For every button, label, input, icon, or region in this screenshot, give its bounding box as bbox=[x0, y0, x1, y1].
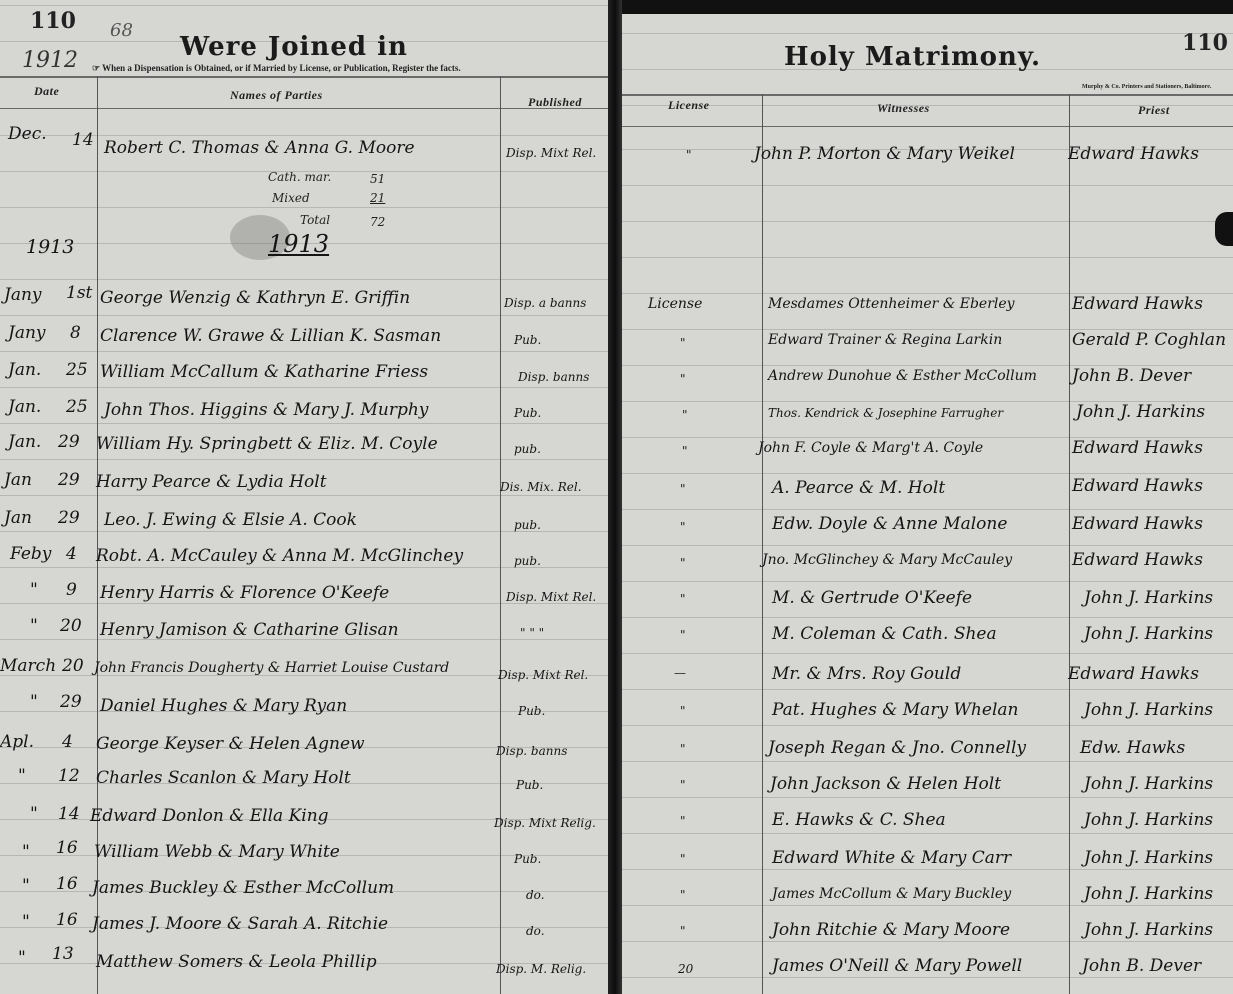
entry-license: " bbox=[680, 888, 686, 902]
entry-month: " bbox=[18, 948, 26, 968]
entry-witnesses: A. Pearce & M. Holt bbox=[772, 478, 945, 498]
page-number-right: 110 bbox=[1182, 30, 1228, 56]
entry-priest: John B. Dever bbox=[1082, 956, 1201, 976]
entry-names: Leo. J. Ewing & Elsie A. Cook bbox=[104, 510, 357, 530]
entry-day: 13 bbox=[52, 944, 74, 964]
entry-day: 29 bbox=[58, 470, 80, 490]
entry-names: George Keyser & Helen Agnew bbox=[96, 734, 365, 754]
entry-month: " bbox=[30, 580, 38, 600]
entry-license: " bbox=[680, 924, 686, 938]
tally-total-label: Total bbox=[300, 213, 330, 227]
tally-total-value: 72 bbox=[370, 215, 385, 229]
entry-license: " bbox=[680, 336, 686, 350]
entry-names: James J. Moore & Sarah A. Ritchie bbox=[92, 914, 388, 934]
entry-license: 20 bbox=[678, 962, 693, 976]
entry-priest: Gerald P. Coghlan bbox=[1072, 330, 1226, 350]
tally-mixed-label: Mixed bbox=[272, 191, 310, 205]
entry-published: pub. bbox=[514, 554, 541, 568]
entry-license: " bbox=[680, 814, 686, 828]
entry-license: " bbox=[682, 408, 688, 422]
entry-month: Jany bbox=[8, 323, 46, 343]
entry-license: " bbox=[680, 592, 686, 606]
entry-names: John Francis Dougherty & Harriet Louise … bbox=[94, 660, 449, 676]
entry-month: Jan. bbox=[8, 360, 41, 380]
entry-names: George Wenzig & Kathryn E. Griffin bbox=[100, 288, 410, 308]
entry-month: Feby bbox=[10, 544, 51, 564]
entry-witnesses: James McCollum & Mary Buckley bbox=[772, 886, 1011, 902]
entry-witnesses: Edw. Doyle & Anne Malone bbox=[772, 514, 1007, 534]
right-page: 110 Holy Matrimony. Murphy & Co. Printer… bbox=[622, 14, 1233, 994]
margin-year: 1913 bbox=[26, 236, 74, 258]
header-rule bbox=[622, 94, 1233, 96]
column-divider bbox=[762, 94, 763, 994]
entry-witnesses: M. & Gertrude O'Keefe bbox=[772, 588, 972, 608]
entry-priest: John J. Harkins bbox=[1084, 700, 1213, 720]
register-book: 110 68 1912 Were Joined in ☞ When a Disp… bbox=[0, 0, 1233, 994]
entry-day: 14 bbox=[58, 804, 80, 824]
entry-published: Pub. bbox=[514, 406, 541, 420]
entry-month: Jan. bbox=[8, 397, 41, 417]
entry-day: 29 bbox=[58, 432, 80, 452]
entry-month: Jan. bbox=[8, 432, 41, 452]
entry-month: " bbox=[22, 842, 30, 862]
entry-priest: Edward Hawks bbox=[1072, 438, 1203, 458]
entry-day: 20 bbox=[62, 656, 84, 676]
entry-license: " bbox=[680, 742, 686, 756]
entry-priest: John J. Harkins bbox=[1076, 402, 1205, 422]
entry-license: " bbox=[680, 520, 686, 534]
entry-license: " bbox=[680, 852, 686, 866]
entry-names: William McCallum & Katharine Friess bbox=[100, 362, 428, 382]
entry-day: 29 bbox=[60, 692, 82, 712]
entry-month: Jan bbox=[4, 508, 32, 528]
entry-published: Dis. Mix. Rel. bbox=[500, 480, 582, 494]
entry-witnesses: Mr. & Mrs. Roy Gould bbox=[772, 664, 961, 684]
column-header-names: Names of Parties bbox=[230, 88, 323, 103]
printer-credit: Murphy & Co. Printers and Stationers, Ba… bbox=[1082, 84, 1211, 90]
entry-month: " bbox=[30, 616, 38, 636]
entry-priest: John J. Harkins bbox=[1084, 774, 1213, 794]
entry-published: " " " bbox=[520, 626, 544, 640]
entry-day: 1st bbox=[66, 283, 92, 303]
tally-cath-label: Cath. mar. bbox=[268, 170, 331, 184]
entry-day: 20 bbox=[60, 616, 82, 636]
page-title-left: Were Joined in bbox=[180, 32, 408, 62]
entry-license: " bbox=[680, 778, 686, 792]
entry-published: pub. bbox=[514, 518, 541, 532]
entry-witnesses: Andrew Dunohue & Esther McCollum bbox=[768, 368, 1037, 384]
entry-month: Apl. bbox=[0, 732, 34, 752]
header-rule-bottom bbox=[0, 108, 608, 109]
entry-published: Disp. Mixt Rel. bbox=[506, 590, 596, 604]
entry-month: " bbox=[18, 766, 26, 786]
entry-published: Pub. bbox=[514, 852, 541, 866]
instruction-text: ☞ When a Dispensation is Obtained, or if… bbox=[92, 63, 461, 74]
entry-witnesses: John Jackson & Helen Holt bbox=[770, 774, 1001, 794]
entry-witnesses: Jno. McGlinchey & Mary McCauley bbox=[762, 552, 1012, 568]
entry-published: Disp. Mixt Rel. bbox=[498, 668, 588, 682]
entry-names: James Buckley & Esther McCollum bbox=[92, 878, 394, 898]
entry-priest: John J. Harkins bbox=[1084, 920, 1213, 940]
entry-priest: John J. Harkins bbox=[1084, 624, 1213, 644]
entry-license: " bbox=[680, 372, 686, 386]
entry-day: 9 bbox=[66, 580, 77, 600]
column-header-license: License bbox=[668, 98, 710, 113]
column-header-witnesses: Witnesses bbox=[877, 101, 930, 116]
entry-names: Harry Pearce & Lydia Holt bbox=[96, 472, 327, 492]
entry-priest: John J. Harkins bbox=[1084, 884, 1213, 904]
entry-names: Henry Jamison & Catharine Glisan bbox=[100, 620, 399, 640]
pencil-note: 68 bbox=[110, 20, 133, 41]
entry-priest: Edward Hawks bbox=[1072, 550, 1203, 570]
entry-day: 25 bbox=[66, 360, 88, 380]
entry-priest: Edward Hawks bbox=[1072, 294, 1203, 314]
entry-published: Disp. Mixt Rel. bbox=[506, 146, 596, 160]
entry-published: Pub. bbox=[514, 333, 541, 347]
entry-priest: John J. Harkins bbox=[1084, 848, 1213, 868]
column-divider bbox=[500, 76, 501, 994]
entry-witnesses: John Ritchie & Mary Moore bbox=[772, 920, 1010, 940]
entry-names: Henry Harris & Florence O'Keefe bbox=[100, 583, 389, 603]
entry-names: Charles Scanlon & Mary Holt bbox=[96, 768, 351, 788]
entry-names: John Thos. Higgins & Mary J. Murphy bbox=[104, 400, 428, 420]
entry-license: " bbox=[682, 444, 688, 458]
entry-names: Clarence W. Grawe & Lillian K. Sasman bbox=[100, 326, 441, 346]
entry-names: Robert C. Thomas & Anna G. Moore bbox=[104, 138, 415, 158]
entry-priest: Edward Hawks bbox=[1072, 514, 1203, 534]
entry-published: Disp. banns bbox=[496, 744, 567, 758]
entry-priest: John B. Dever bbox=[1072, 366, 1191, 386]
entry-names: Matthew Somers & Leola Phillip bbox=[96, 952, 377, 972]
tally-mixed-value: 21 bbox=[370, 191, 385, 205]
entry-month: Jany bbox=[4, 285, 42, 305]
entry-priest: John J. Harkins bbox=[1084, 810, 1213, 830]
entry-license: " bbox=[680, 556, 686, 570]
entry-day: 12 bbox=[58, 766, 80, 786]
entry-names: Edward Donlon & Ella King bbox=[90, 806, 329, 826]
year-mark: 1912 bbox=[22, 48, 78, 73]
entry-month: " bbox=[30, 804, 38, 824]
header-rule bbox=[0, 76, 608, 78]
entry-priest: Edward Hawks bbox=[1072, 476, 1203, 496]
tally-cath-value: 51 bbox=[370, 172, 385, 186]
entry-day: 29 bbox=[58, 508, 80, 528]
entry-names: Robt. A. McCauley & Anna M. McGlinchey bbox=[96, 546, 463, 566]
entry-names: William Webb & Mary White bbox=[94, 842, 340, 862]
entry-published: Disp. a banns bbox=[504, 296, 586, 310]
entry-license: License bbox=[648, 296, 702, 312]
page-number-left: 110 bbox=[30, 8, 76, 34]
entry-priest: Edw. Hawks bbox=[1080, 738, 1185, 758]
entry-day: 16 bbox=[56, 910, 78, 930]
entry-priest: John J. Harkins bbox=[1084, 588, 1213, 608]
entry-day: 16 bbox=[56, 838, 78, 858]
entry-month: " bbox=[30, 692, 38, 712]
entry-license: " bbox=[680, 482, 686, 496]
binding-hole bbox=[1215, 212, 1233, 246]
entry-published: Pub. bbox=[516, 778, 543, 792]
entry-month: Dec. bbox=[8, 124, 47, 144]
entry-month: March bbox=[0, 656, 56, 676]
instruction-label: When a Dispensation is Obtained, or if M… bbox=[102, 63, 461, 73]
header-rule-bottom bbox=[622, 126, 1233, 127]
entry-witnesses: Thos. Kendrick & Josephine Farrugher bbox=[768, 406, 1003, 420]
entry-witnesses: John P. Morton & Mary Weikel bbox=[754, 144, 1015, 164]
left-page: 110 68 1912 Were Joined in ☞ When a Disp… bbox=[0, 0, 608, 994]
entry-day: 14 bbox=[72, 130, 94, 150]
page-title-right: Holy Matrimony. bbox=[784, 42, 1041, 72]
entry-witnesses: Edward White & Mary Carr bbox=[772, 848, 1011, 868]
entry-names: William Hy. Springbett & Eliz. M. Coyle bbox=[96, 434, 438, 454]
entry-witnesses: Edward Trainer & Regina Larkin bbox=[768, 332, 1002, 348]
entry-license: " bbox=[680, 628, 686, 642]
entry-month: " bbox=[22, 876, 30, 896]
entry-day: 8 bbox=[70, 323, 81, 343]
entry-witnesses: John F. Coyle & Marg't A. Coyle bbox=[758, 440, 983, 456]
entry-month: " bbox=[22, 912, 30, 932]
entry-witnesses: James O'Neill & Mary Powell bbox=[772, 956, 1022, 976]
entry-published: Pub. bbox=[518, 704, 545, 718]
entry-month: Jan bbox=[4, 470, 32, 490]
entry-priest: Edward Hawks bbox=[1068, 144, 1199, 164]
entry-published: Disp. M. Relig. bbox=[496, 962, 586, 976]
entry-day: 16 bbox=[56, 874, 78, 894]
entry-published: Disp. banns bbox=[518, 370, 589, 384]
entry-license: — bbox=[674, 666, 686, 680]
column-divider bbox=[1069, 94, 1070, 994]
entry-published: do. bbox=[526, 924, 545, 938]
entry-witnesses: M. Coleman & Cath. Shea bbox=[772, 624, 997, 644]
center-year: 1913 bbox=[268, 230, 329, 258]
column-header-published: Published bbox=[528, 95, 582, 110]
entry-day: 4 bbox=[62, 732, 73, 752]
entry-witnesses: Mesdames Ottenheimer & Eberley bbox=[768, 296, 1015, 312]
entry-published: pub. bbox=[514, 442, 541, 456]
entry-published: do. bbox=[526, 888, 545, 902]
entry-license: " bbox=[686, 148, 692, 162]
entry-license: " bbox=[680, 704, 686, 718]
column-header-priest: Priest bbox=[1138, 103, 1170, 118]
entry-names: Daniel Hughes & Mary Ryan bbox=[100, 696, 347, 716]
entry-published: Disp. Mixt Relig. bbox=[494, 816, 596, 830]
entry-day: 4 bbox=[66, 544, 77, 564]
entry-witnesses: Joseph Regan & Jno. Connelly bbox=[768, 738, 1026, 758]
entry-witnesses: Pat. Hughes & Mary Whelan bbox=[772, 700, 1018, 720]
book-gutter bbox=[608, 0, 622, 994]
column-header-date: Date bbox=[34, 84, 59, 99]
entry-priest: Edward Hawks bbox=[1068, 664, 1199, 684]
entry-day: 25 bbox=[66, 397, 88, 417]
entry-witnesses: E. Hawks & C. Shea bbox=[772, 810, 946, 830]
